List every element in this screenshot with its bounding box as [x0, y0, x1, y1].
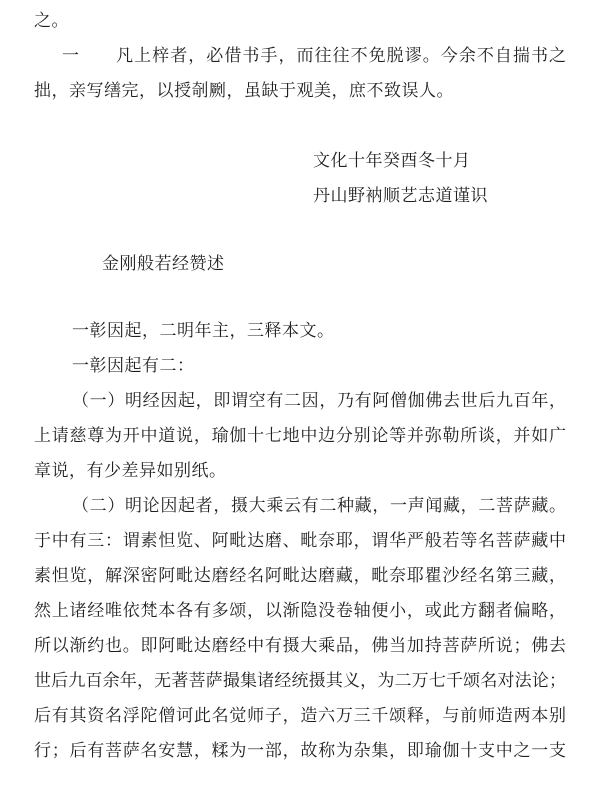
colophon-date: 文化十年癸酉冬十月 — [34, 143, 566, 178]
outline-line: 一彰因起，二明年主，三释本文。 — [34, 313, 566, 348]
text-line: 一 凡上梓者，必借书手，而往往不免脱谬。今余不自揣书之 — [34, 38, 566, 73]
text-line: （二）明论因起者，摄大乘云有二种藏，一声闻藏，二菩萨藏。 — [34, 488, 566, 523]
colophon-signature: 丹山野衲顺艺志道谨识 — [34, 178, 566, 213]
outline-line: 一彰因起有二： — [34, 348, 566, 383]
text-line: 拙，亲写缮完，以授剞劂，虽缺于观美，庶不致误人。 — [34, 73, 566, 108]
text-line: 行；后有菩萨名安慧，糅为一部，故称为杂集，即瑜伽十支中之一支 — [34, 733, 566, 768]
document-title: 金刚般若经赞述 — [34, 246, 566, 281]
text-line: 世后九百余年，无著菩萨撮集诸经统摄其义，为二万七千颂名对法论； — [34, 663, 566, 698]
text-line: （一）明经因起，即谓空有二因，乃有阿僧伽佛去世后九百年， — [34, 383, 566, 418]
text-line: 后有其资名浮陀僧诃此名觉师子，造六万三千颂释，与前师造两本别 — [34, 698, 566, 733]
text-line: 然上诸经唯依梵本各有多颂，以渐隐没卷轴便小，或此方翻者偏略， — [34, 593, 566, 628]
text-line: 素怛览，解深密阿毗达磨经名阿毗达磨藏，毗奈耶瞿沙经名第三藏， — [34, 558, 566, 593]
text-line: 章说，有少差异如别纸。 — [34, 453, 566, 488]
text-line: 之。 — [34, 3, 566, 38]
document-page: 之。 一 凡上梓者，必借书手，而往往不免脱谬。今余不自揣书之 拙，亲写缮完，以授… — [0, 0, 600, 800]
text-line: 于中有三：谓素怛览、阿毗达磨、毗奈耶，谓华严般若等名菩萨藏中 — [34, 523, 566, 558]
text-line: 所以渐约也。即阿毗达磨经中有摄大乘品，佛当加持菩萨所说；佛去 — [34, 628, 566, 663]
text-line: 上请慈尊为开中道说，瑜伽十七地中边分别论等并弥勒所谈，并如广 — [34, 418, 566, 453]
